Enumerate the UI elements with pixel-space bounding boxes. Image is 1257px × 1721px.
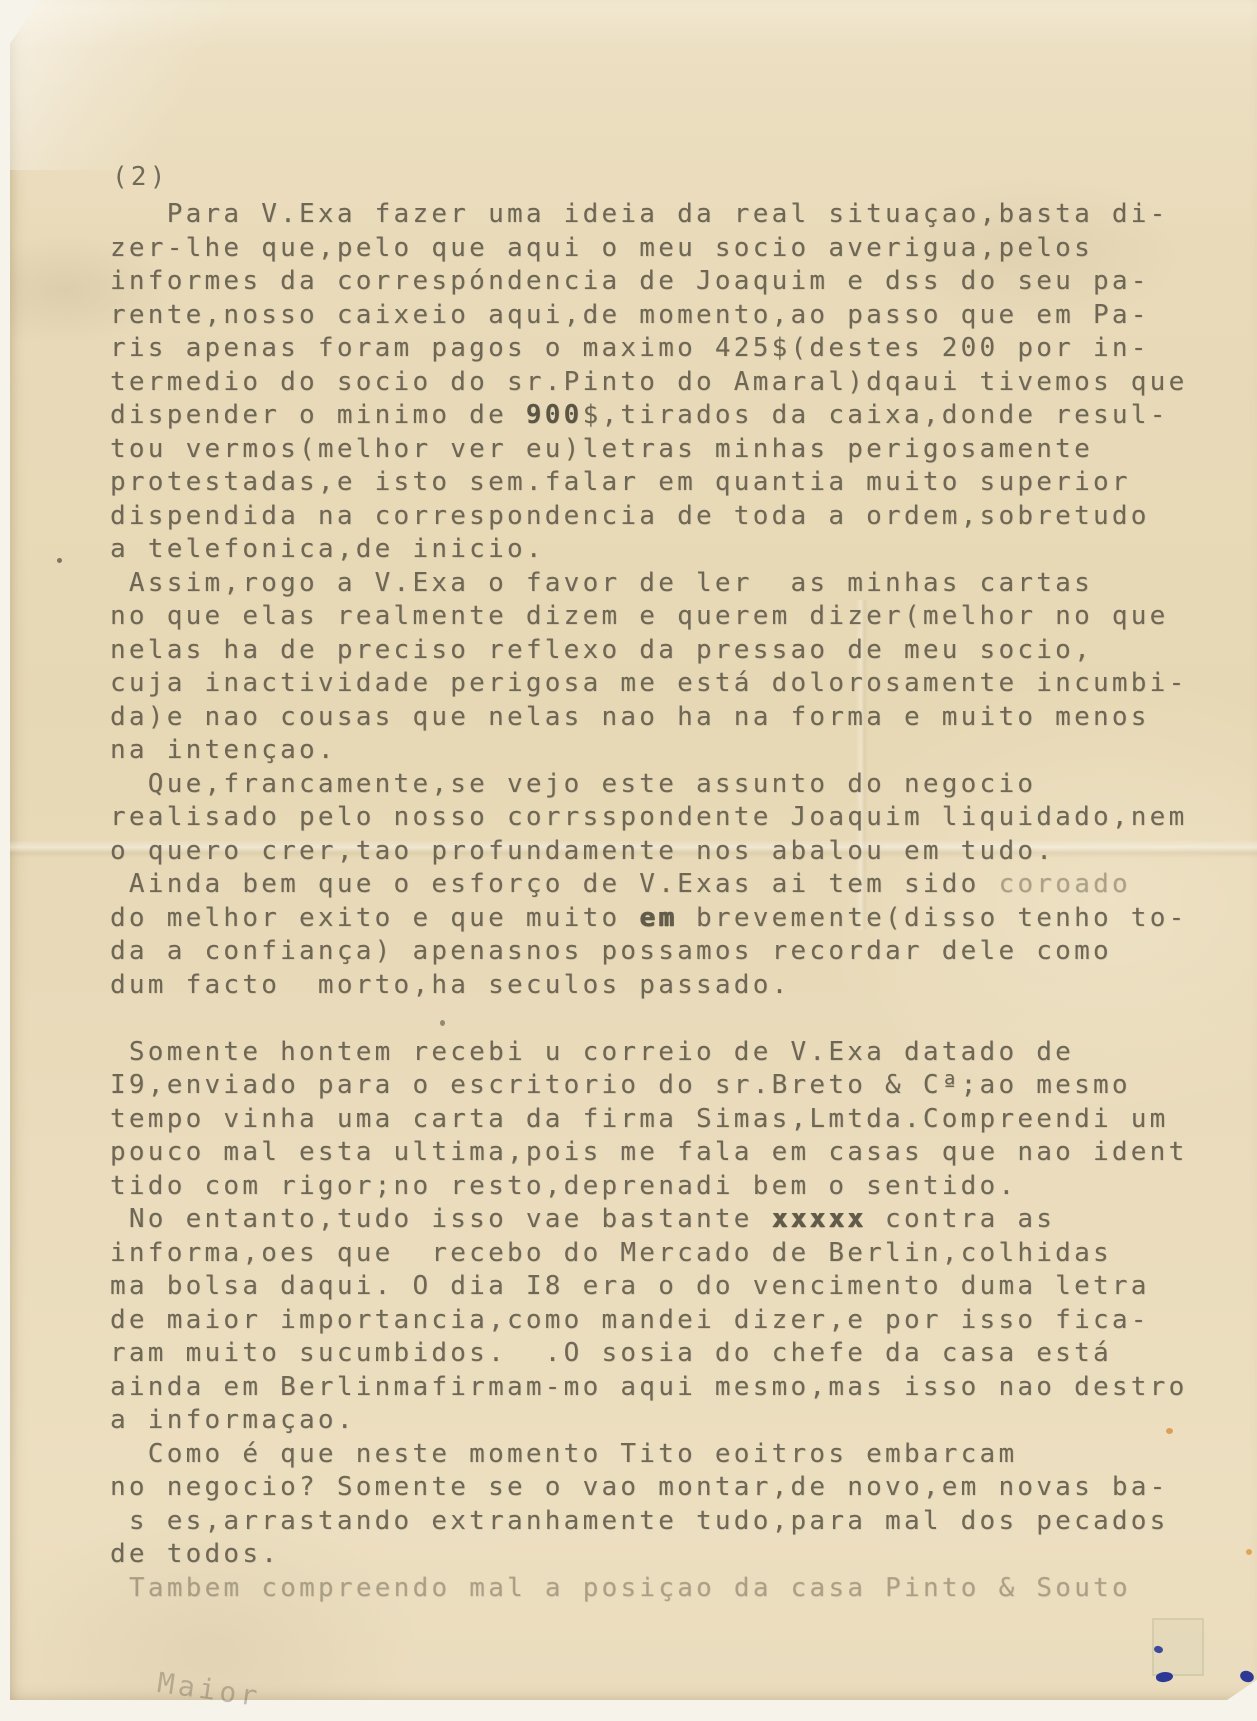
letter-line: realisado pelo nosso corrsspondente Joaq… (110, 801, 1257, 835)
letter-line: dum facto morto,ha seculos passado. (110, 969, 1257, 1003)
letter-line: no que elas realmente dizem e querem diz… (110, 600, 1257, 634)
letter-line: ram muito sucumbidos. .O sosia do chefe … (110, 1337, 1257, 1371)
ink-speck (440, 1020, 445, 1026)
letter-line: informes da correspóndencia de Joaquim e… (110, 265, 1257, 299)
letter-line: de todos. (110, 1538, 1257, 1572)
letter-line: protestadas,e isto sem.falar em quantia … (110, 466, 1257, 500)
fold-crease-top-left (10, 0, 290, 170)
letter-line: na intençao. (110, 734, 1257, 768)
letter-line: ris apenas foram pagos o maximo 425$(des… (110, 332, 1257, 366)
page-number: (2) (112, 162, 169, 192)
letter-line-segment: No entanto,tudo isso vae bastante (110, 1204, 772, 1234)
letter-line: tou vermos(melhor ver eu)letras minhas p… (110, 433, 1257, 467)
letter-line: da)e nao cousas que nelas nao ha na form… (110, 701, 1257, 735)
letter-line: Que,francamente,se vejo este assunto do … (110, 768, 1257, 802)
letter-line: a informaçao. (110, 1404, 1257, 1438)
letter-line-segment: brevemente(disso tenho to- (677, 903, 1187, 933)
letter-line: cuja inactividade perigosa me está dolor… (110, 667, 1257, 701)
letter-line: rente,nosso caixeio aqui,de momento,ao p… (110, 299, 1257, 333)
letter-line: Assim,rogo a V.Exa o favor de ler as min… (110, 567, 1257, 601)
letter-line: Como é que neste momento Tito eoitros em… (110, 1438, 1257, 1472)
letter-line: ma bolsa daqui. O dia I8 era o do vencim… (110, 1270, 1257, 1304)
letter-line: s es,arrastando extranhamente tudo,para … (110, 1505, 1257, 1539)
letter-line: ainda em Berlinmafirmam-mo aqui mesmo,ma… (110, 1371, 1257, 1405)
letter-line: a telefonica,de inicio. (110, 533, 1257, 567)
letter-line: dispendida na correspondencia de toda a … (110, 500, 1257, 534)
letter-line: tido com rigor;no resto,deprenadi bem o … (110, 1170, 1257, 1204)
letter-line-segment: $,tirados da caixa,donde resul- (583, 400, 1169, 430)
letter-line: Para V.Exa fazer uma ideia da real situa… (110, 198, 1257, 232)
letter-line-segment: contra as (866, 1204, 1055, 1234)
letter-line-segment: 900 (526, 400, 583, 430)
letter-line: nelas ha de preciso reflexo da pressao d… (110, 634, 1257, 668)
letter-line: termedio do socio do sr.Pinto do Amaral)… (110, 366, 1257, 400)
letter-line: No entanto,tudo isso vae bastante xxxxx … (110, 1203, 1257, 1237)
letter-line-segment: Tambem compreendo mal a posiçao da casa … (110, 1573, 1131, 1603)
letter-line: de maior importancia,como mandei dizer,e… (110, 1304, 1257, 1338)
letter-line-segment: do melhor exito e que muito (110, 903, 639, 933)
letter-body: Para V.Exa fazer uma ideia da real situa… (110, 198, 1257, 1605)
letter-line-segment: coroado (998, 869, 1130, 899)
letter-line-segment: em (639, 903, 677, 933)
ink-speck (57, 558, 62, 563)
letter-line-segment: xxxxx (772, 1204, 867, 1234)
rust-speck (1166, 1428, 1173, 1434)
letter-line: Tambem compreendo mal a posiçao da casa … (110, 1572, 1257, 1606)
letter-line-segment: Ainda bem que o esforço de V.Exas ai tem… (110, 869, 998, 899)
letter-line: Somente hontem recebi u correio de V.Exa… (110, 1036, 1257, 1070)
letter-line: I9,enviado para o escritorio do sr.Breto… (110, 1069, 1257, 1103)
rust-speck (1246, 1549, 1252, 1555)
letter-line: tempo vinha uma carta da firma Simas,Lmt… (110, 1103, 1257, 1137)
letter-line: Ainda bem que o esforço de V.Exas ai tem… (110, 868, 1257, 902)
letter-line: pouco mal esta ultima,pois me fala em ca… (110, 1136, 1257, 1170)
letter-line: zer-lhe que,pelo que aqui o meu socio av… (110, 232, 1257, 266)
letter-line: informa,oes que recebo do Mercado de Ber… (110, 1237, 1257, 1271)
letter-line: dispender o minimo de 900$,tirados da ca… (110, 399, 1257, 433)
letter-line: do melhor exito e que muito em brevement… (110, 902, 1257, 936)
letter-line (110, 1002, 1257, 1036)
letter-line: o quero crer,tao profundamente nos abalo… (110, 835, 1257, 869)
letter-line: da a confiança) apenasnos possamos recor… (110, 935, 1257, 969)
letter-scan: (2) Para V.Exa fazer uma ideia da real s… (0, 0, 1257, 1721)
letter-line-segment: dispender o minimo de (110, 400, 526, 430)
letter-line: no negocio? Somente se o vao montar,de n… (110, 1471, 1257, 1505)
